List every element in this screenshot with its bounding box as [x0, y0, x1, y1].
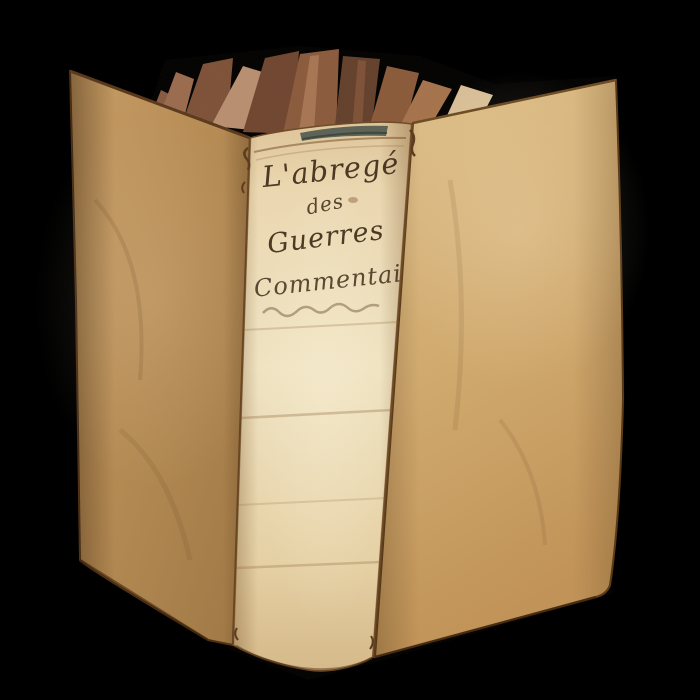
photo-stage: L'abregé des Guerres Commentai — [0, 0, 700, 700]
book-photograph: L'abregé des Guerres Commentai — [0, 0, 700, 700]
parchment-grain-overlay — [40, 40, 660, 690]
